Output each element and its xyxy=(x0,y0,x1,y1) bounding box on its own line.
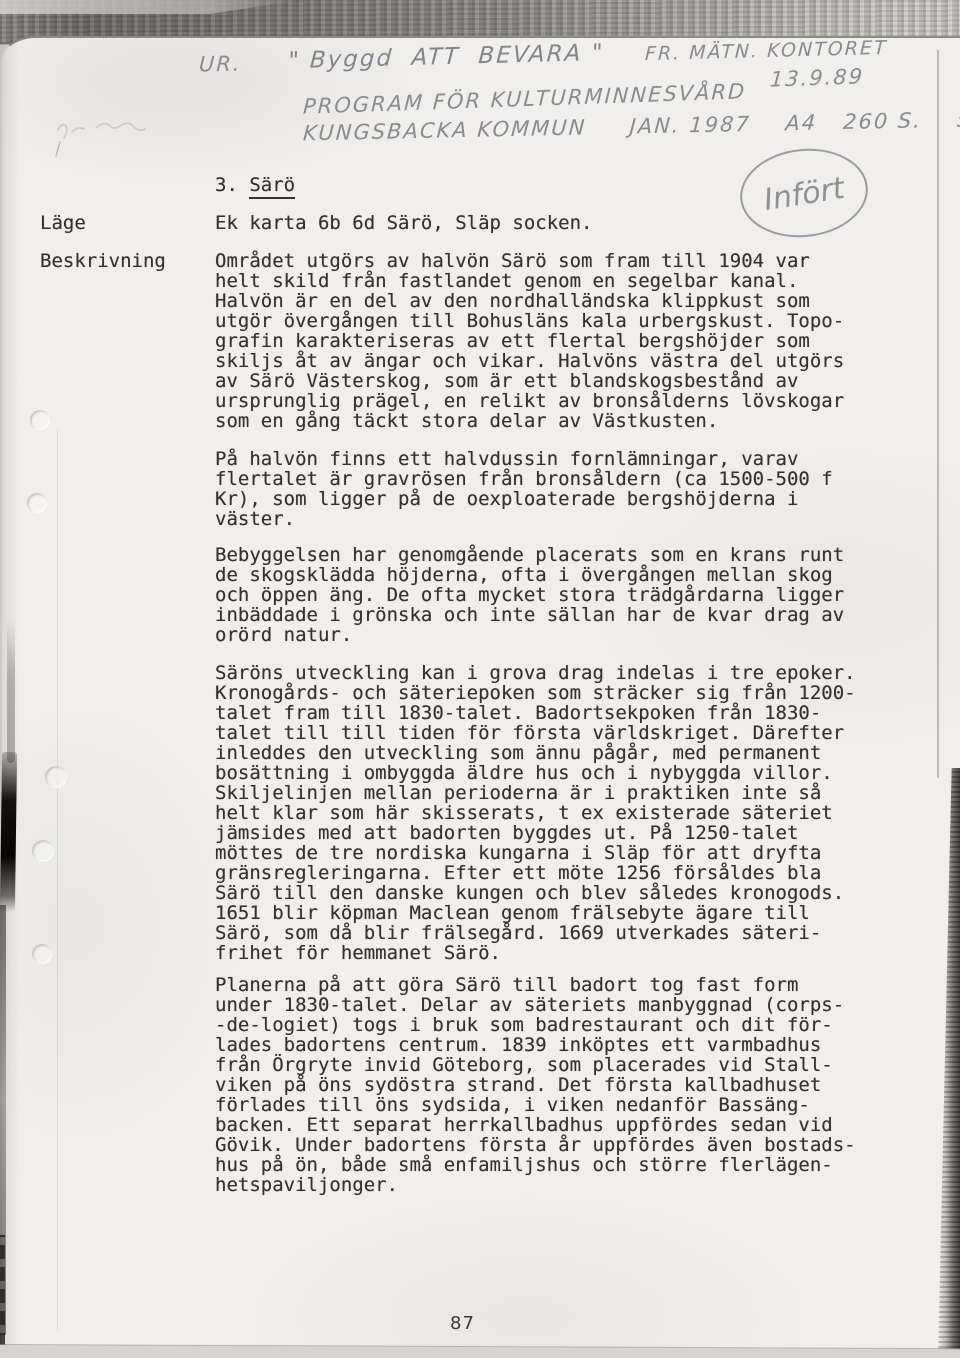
punch-hole-impression xyxy=(30,410,50,430)
underlying-page-edge xyxy=(57,430,58,1330)
description-label: Beskrivning xyxy=(40,251,166,271)
right-page-edge-line xyxy=(937,50,939,778)
left-margin-streak-upper xyxy=(7,618,15,763)
scanned-document-page: UR. " Byggd ATT BEVARA " PROGRAM FÖR KUL… xyxy=(0,0,960,1358)
left-margin-streak-lower xyxy=(0,1235,5,1347)
description-paragraph-5: Planerna på att göra Särö till badort to… xyxy=(215,975,856,1195)
handwritten-date: 13.9.89 xyxy=(769,64,865,91)
description-paragraph-2: På halvön finns ett halvdussin fornlämni… xyxy=(215,449,833,529)
location-value: Ek karta 6b 6d Särö, Släp socken. xyxy=(215,213,593,233)
punch-hole-impression xyxy=(32,840,54,862)
faint-pencil-scribble xyxy=(52,112,192,160)
page-number: 87 xyxy=(450,1314,475,1334)
section-heading: 3. Särö xyxy=(215,175,295,195)
location-label: Läge xyxy=(40,213,86,233)
section-title: Särö xyxy=(249,174,295,199)
description-paragraph-4: Säröns utveckling kan i grova drag indel… xyxy=(215,663,856,963)
section-number: 3. xyxy=(215,174,238,196)
description-paragraph-1: Området utgörs av halvön Särö som fram t… xyxy=(215,251,844,431)
left-margin-streak-dark xyxy=(0,752,17,912)
punch-hole-impression xyxy=(45,766,67,788)
handwritten-source-prefix: UR. xyxy=(198,52,242,77)
punch-hole-impression xyxy=(27,493,47,513)
description-paragraph-3: Bebyggelsen har genomgående placerats so… xyxy=(215,545,844,645)
punch-hole-impression xyxy=(32,944,52,964)
infort-stamp: Infört xyxy=(733,142,875,244)
stamp-text: Infört xyxy=(762,171,849,218)
